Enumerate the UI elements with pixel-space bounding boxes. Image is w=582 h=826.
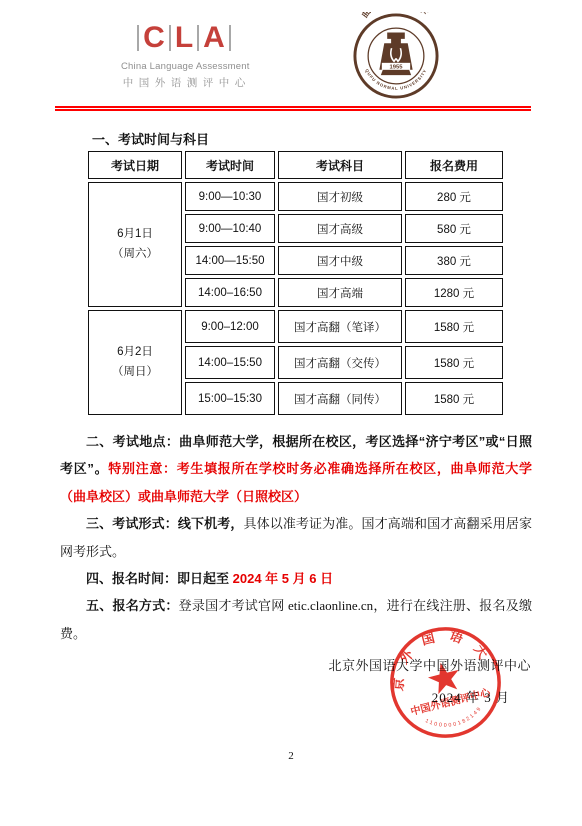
subject-cell: 国才高翻（同传）	[278, 382, 402, 415]
fee-cell: 280 元	[405, 182, 503, 211]
divider-bar	[229, 25, 231, 51]
subject-cell: 国才初级	[278, 182, 402, 211]
registration-method-label: 五、报名方式：	[86, 598, 179, 613]
col-header-time: 考试时间	[185, 151, 275, 179]
paragraph-exam-location: 二、考试地点：曲阜师范大学，根据所在校区，考区选择“济宁考区”或“日照考区”。特…	[60, 428, 532, 510]
divider-bar	[137, 25, 139, 51]
paragraph-exam-format: 三、考试形式：线下机考，具体以准考证为准。国才高端和国才高翻采用居家网考形式。	[60, 510, 532, 565]
col-header-fee: 报名费用	[405, 151, 503, 179]
seal-year: 1955	[389, 65, 403, 71]
fee-cell: 1580 元	[405, 310, 503, 343]
cla-letter-c: C	[143, 23, 165, 53]
divider-bar	[169, 25, 171, 51]
registration-deadline: 2024 年 5 月 6 日	[233, 571, 333, 586]
fee-cell: 1280 元	[405, 278, 503, 307]
time-cell: 14:00–16:50	[185, 278, 275, 307]
section1-title: 一、考试时间与科目	[92, 129, 209, 148]
cla-subtitle-en: China Language Assessment	[121, 61, 247, 72]
red-divider-rule	[55, 106, 531, 111]
page-number: 2	[0, 750, 582, 762]
exam-schedule-table: 考试日期 考试时间 考试科目 报名费用 6月1日 （周六） 9:00—10:30…	[85, 148, 506, 418]
weekday-text: （周六）	[112, 248, 158, 260]
cla-subtitle-zh: 中国外语测评中心	[121, 75, 253, 90]
time-cell: 9:00–12:00	[185, 310, 275, 343]
subject-cell: 国才高翻（交传）	[278, 346, 402, 379]
subject-cell: 国才高端	[278, 278, 402, 307]
subject-cell: 国才高翻（笔译）	[278, 310, 402, 343]
university-seal-icon: 曲阜师范大学 QUFU NORMAL UNIVERSITY 1955	[352, 12, 440, 100]
cla-letter-a: A	[203, 23, 225, 53]
table-row: 6月2日 （周日） 9:00–12:00 国才高翻（笔译） 1580 元	[88, 310, 503, 343]
time-cell: 15:00–15:30	[185, 382, 275, 415]
time-cell: 9:00—10:30	[185, 182, 275, 211]
stamp-star	[425, 659, 463, 696]
weekday-text: （周日）	[112, 366, 158, 378]
cla-letters: C L A	[121, 20, 247, 56]
paragraph-registration-time: 四、报名时间：即日起至 2024 年 5 月 6 日	[60, 565, 532, 592]
date-cell-jun2: 6月2日 （周日）	[88, 310, 182, 415]
date-cell-jun1: 6月1日 （周六）	[88, 182, 182, 307]
col-header-date: 考试日期	[88, 151, 182, 179]
document-page: C L A China Language Assessment 中国外语测评中心…	[0, 0, 582, 826]
fee-cell: 1580 元	[405, 346, 503, 379]
time-cell: 9:00—10:40	[185, 214, 275, 243]
divider-bar	[197, 25, 199, 51]
fee-cell: 580 元	[405, 214, 503, 243]
table-header-row: 考试日期 考试时间 考试科目 报名费用	[88, 151, 503, 179]
date-text: 6月1日	[117, 228, 153, 240]
exam-format-label: 三、考试形式：线下机考，	[86, 516, 243, 531]
time-cell: 14:00—15:50	[185, 246, 275, 275]
fee-cell: 380 元	[405, 246, 503, 275]
subject-cell: 国才高级	[278, 214, 402, 243]
exam-location-warning: 特别注意：考生填报所在学校时务必准确选择所在校区，曲阜师范大学（曲阜校区）或曲阜…	[60, 461, 532, 503]
table-row: 6月1日 （周六） 9:00—10:30 国才初级 280 元	[88, 182, 503, 211]
body-paragraphs: 二、考试地点：曲阜师范大学，根据所在校区，考区选择“济宁考区”或“日照考区”。特…	[60, 428, 532, 647]
registration-time-label: 四、报名时间：即日起至	[86, 571, 233, 586]
col-header-subject: 考试科目	[278, 151, 402, 179]
fee-cell: 1580 元	[405, 382, 503, 415]
cla-logo: C L A China Language Assessment 中国外语测评中心	[121, 20, 247, 90]
time-cell: 14:00–15:50	[185, 346, 275, 379]
cla-letter-l: L	[175, 23, 193, 53]
subject-cell: 国才中级	[278, 246, 402, 275]
date-text: 6月2日	[117, 346, 153, 358]
